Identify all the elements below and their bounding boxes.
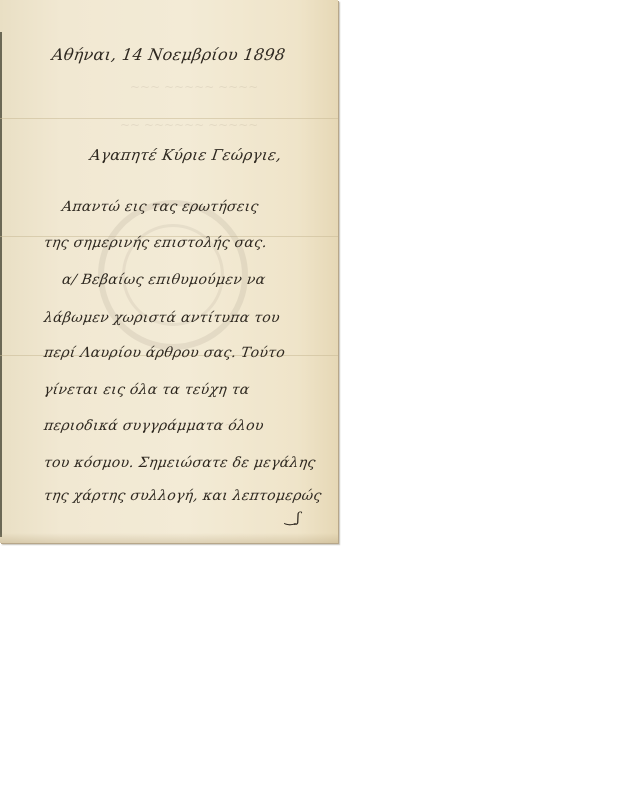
scan-edge-shadow — [0, 32, 2, 537]
letter-date: Αθήναι, 14 Νοεμβρίου 1898 — [51, 45, 287, 64]
letter-salutation: Αγαπητέ Κύριε Γεώργιε, — [89, 146, 283, 164]
letter-body-line: περιοδικά συγγράμματα όλου — [43, 418, 265, 434]
letter-body-line: της χάρτης συλλογή, και λεπτομερώς — [43, 488, 323, 504]
ink-bleed-through: ~~~ ~~~~~ ~~~~ — [130, 80, 258, 94]
letter-body-line: λάβωμεν χωριστά αντίτυπα του — [43, 310, 281, 326]
ink-bleed-through: ~~ ~~~~~~ ~~~~~ — [120, 118, 258, 132]
letter-body-line: γίνεται εις όλα τα τεύχη τα — [43, 382, 251, 398]
letter-body-line: του κόσμου. Σημειώσατε δε μεγάλης — [43, 455, 317, 471]
letter-page: ~~~ ~~~~~ ~~~~ ~~ ~~~~~~ ~~~~~ ~~~~~ ~~~… — [0, 0, 338, 543]
letter-body-line: περί Λαυρίου άρθρου σας. Τούτο — [43, 345, 286, 361]
page-continuation-mark: ‿ʃ — [285, 510, 300, 526]
letter-body-line: της σημερινής επιστολής σας. — [43, 235, 268, 251]
letter-body-line: α/ Βεβαίως επιθυμούμεν να — [61, 272, 267, 288]
letter-body-line: Απαντώ εις τας ερωτήσεις — [61, 199, 260, 215]
